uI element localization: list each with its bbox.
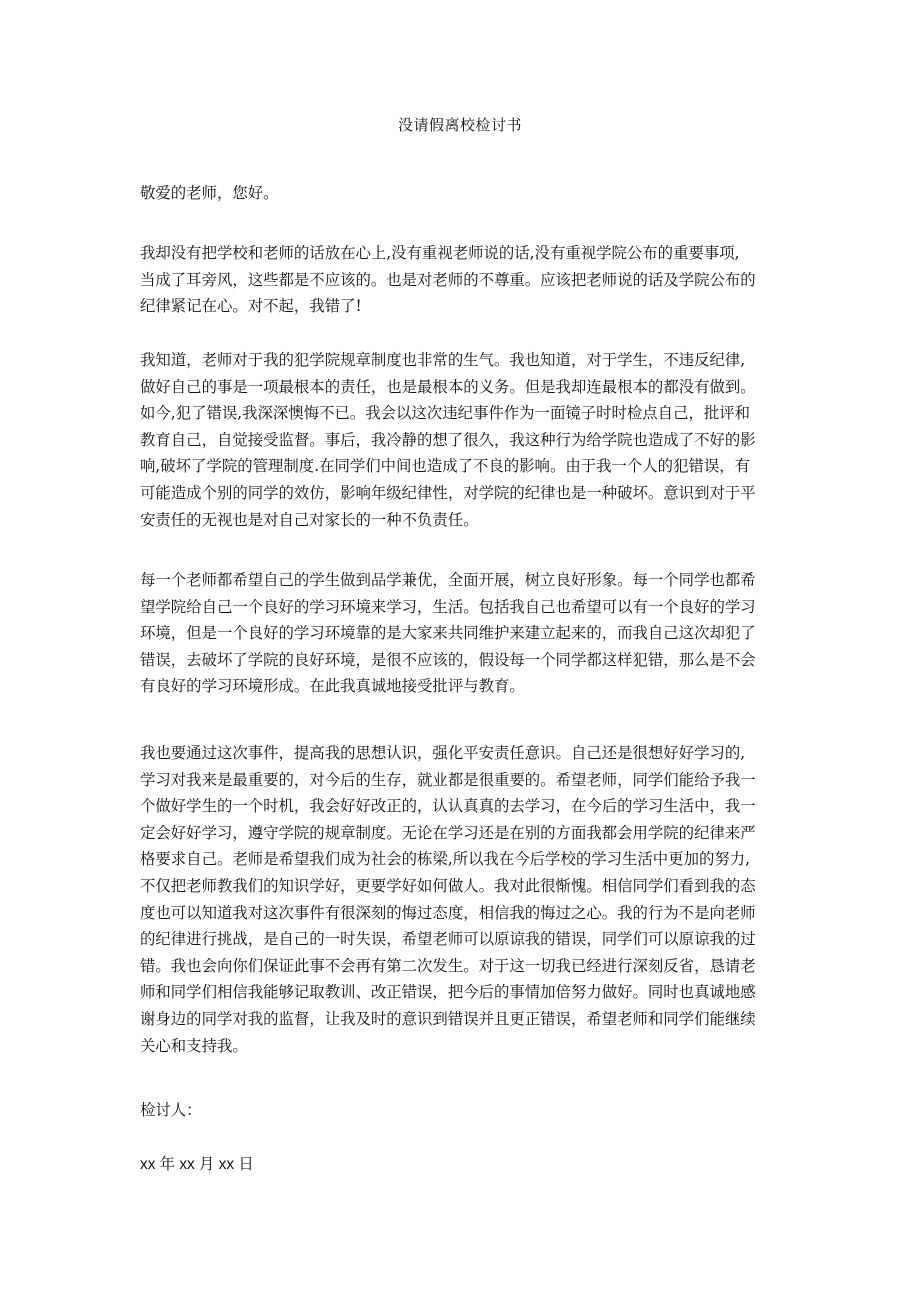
paragraph-2: 我知道，老师对于我的犯学院规章制度也非常的生气。我也知道，对于学生，不违反纪律,…	[140, 347, 800, 533]
paragraph-line: 谢身边的同学对我的监督，让我及时的意识到错误并且更正错误，希望老师和同学们能继续	[140, 1006, 800, 1033]
paragraph-line: 错误，去破坏了学院的良好环境，是很不应该的，假设每一个同学都这样犯错，那么是不会	[140, 647, 800, 674]
paragraph-line: 环境，但是一个良好的学习环境靠的是大家来共同维护来建立起来的，而我自己这次却犯了	[140, 620, 800, 647]
paragraph-1: 我却没有把学校和老师的话放在心上,没有重视老师说的话,没有重视学院公布的重要事项…	[140, 240, 800, 320]
paragraph-line: 如今,犯了错误,我深深懊悔不已。我会以这次违纪事件作为一面镜子时时检点自己，批评…	[140, 400, 800, 427]
paragraph-line: 望学院给自己一个良好的学习环境来学习，生活。包括我自己也希望可以有一个良好的学习	[140, 594, 800, 621]
date-line: xx 年 xx 月 xx 日	[140, 1152, 800, 1179]
paragraph-line: 做好自己的事是一项最根本的责任，也是最根本的义务。但是我却连最根本的都没有做到。	[140, 374, 800, 401]
paragraph-line: 个做好学生的一个时机，我会好好改正的，认认真真的去学习，在今后的学习生活中，我一	[140, 793, 800, 820]
paragraph-line: 定会好好学习，遵守学院的规章制度。无论在学习还是在别的方面我都会用学院的纪律来严	[140, 820, 800, 847]
signature-block: 检讨人：	[140, 1097, 800, 1124]
paragraph-line: 安责任的无视也是对自己对家长的一种不负责任。	[140, 507, 800, 534]
paragraph-line: 度也可以知道我对这次事件有很深刻的悔过态度，相信我的悔过之心。我的行为不是向老师	[140, 900, 800, 927]
paragraph-3: 每一个老师都希望自己的学生做到品学兼优，全面开展，树立良好形象。每一个同学也都希…	[140, 567, 800, 700]
paragraph-line: 当成了耳旁风，这些都是不应该的。也是对老师的不尊重。应该把老师说的话及学院公布的	[140, 267, 800, 294]
paragraph-line: 纪律紧记在心。对不起，我错了!	[140, 293, 800, 320]
paragraph-line: 每一个老师都希望自己的学生做到品学兼优，全面开展，树立良好形象。每一个同学也都希	[140, 567, 800, 594]
paragraph-line: 关心和支持我。	[140, 1033, 800, 1060]
paragraph-line: 我也要通过这次事件，提高我的思想认识，强化平安责任意识。自己还是很想好好学习的,	[140, 740, 800, 767]
paragraph-line: 学习对我来是最重要的，对今后的生存，就业都是很重要的。希望老师，同学们能给予我一	[140, 767, 800, 794]
paragraph-4: 我也要通过这次事件，提高我的思想认识，强化平安责任意识。自己还是很想好好学习的,…	[140, 740, 800, 1059]
signature-label: 检讨人：	[140, 1097, 800, 1124]
paragraph-line: 错。我也会向你们保证此事不会再有第二次发生。对于这一切我已经进行深刻反省，恳请老	[140, 953, 800, 980]
paragraph-line: 不仅把老师教我们的知识学好，更要学好如何做人。我对此很惭愧。相信同学们看到我的态	[140, 873, 800, 900]
paragraph-line: 的纪律进行挑战，是自己的一时失误，希望老师可以原谅我的错误，同学们可以原谅我的过	[140, 926, 800, 953]
greeting: 敬爱的老师，您好。	[140, 180, 800, 207]
paragraph-line: 我却没有把学校和老师的话放在心上,没有重视老师说的话,没有重视学院公布的重要事项…	[140, 240, 800, 267]
paragraph-line: 我知道，老师对于我的犯学院规章制度也非常的生气。我也知道，对于学生，不违反纪律,	[140, 347, 800, 374]
paragraph-line: 可能造成个别的同学的效仿，影响年级纪律性，对学院的纪律也是一种破坏。意识到对于平	[140, 480, 800, 507]
paragraph-line: 格要求自己。老师是希望我们成为社会的栋梁,所以我在今后学校的学习生活中更加的努力…	[140, 846, 800, 873]
paragraph-line: 有良好的学习环境形成。在此我真诚地接受批评与教育。	[140, 673, 800, 700]
paragraph-line: 师和同学们相信我能够记取教训、改正错误，把今后的事情加倍努力做好。同时也真诚地感	[140, 979, 800, 1006]
paragraph-line: 教育自己，自觉接受监督。事后，我冷静的想了很久，我这种行为给学院也造成了不好的影	[140, 427, 800, 454]
date-block: xx 年 xx 月 xx 日	[140, 1152, 800, 1179]
paragraph-line: 响,破坏了学院的管理制度.在同学们中间也造成了不良的影响。由于我一个人的犯错误，…	[140, 453, 800, 480]
greeting-line: 敬爱的老师，您好。	[140, 180, 800, 207]
document-title: 没请假离校检讨书	[130, 113, 790, 137]
